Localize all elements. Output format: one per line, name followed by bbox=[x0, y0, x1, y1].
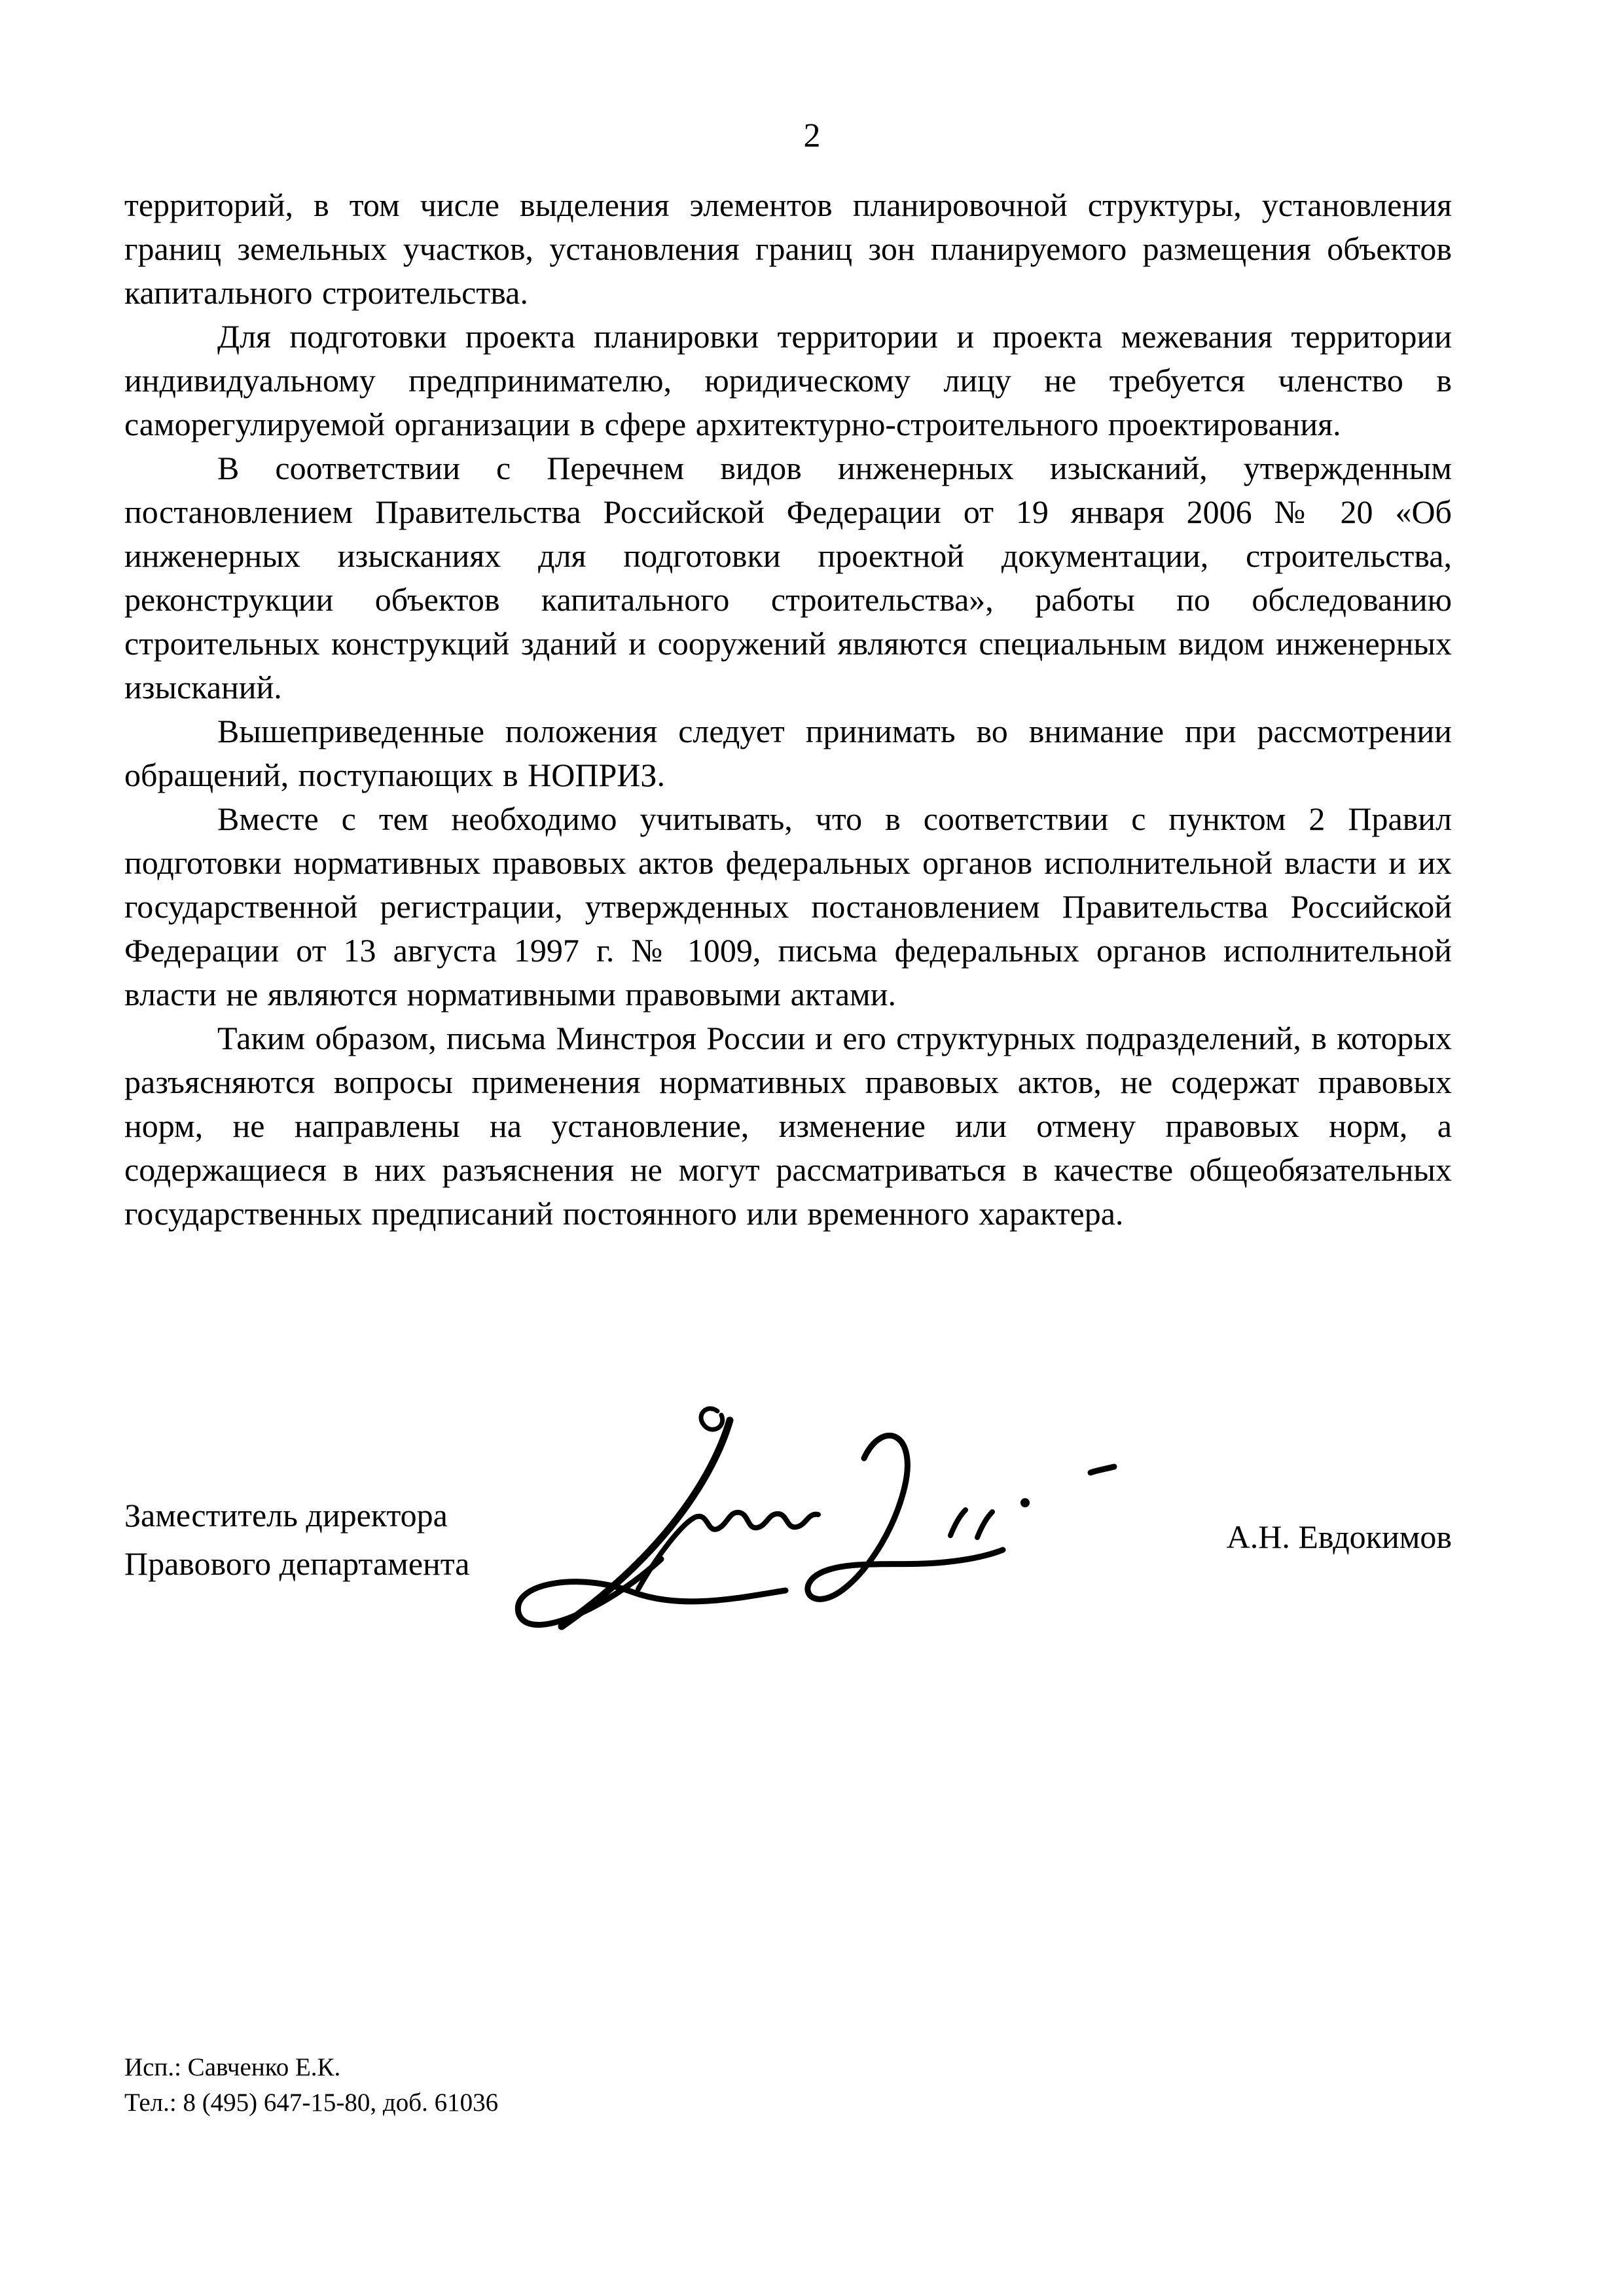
body-paragraph: Вышеприведенные положения следует приним… bbox=[124, 709, 1452, 797]
letter-body: территорий, в том числе выделения элемен… bbox=[124, 183, 1452, 1236]
signature-block: Заместитель директора Правового департам… bbox=[124, 1440, 1452, 1715]
signature-image bbox=[497, 1394, 1139, 1662]
signer-position-line1: Заместитель директора bbox=[124, 1491, 469, 1539]
body-paragraph: территорий, в том числе выделения элемен… bbox=[124, 183, 1452, 315]
body-paragraph: Таким образом, письма Минстроя России и … bbox=[124, 1016, 1452, 1236]
executor-line: Исп.: Савченко Е.К. bbox=[124, 2050, 498, 2085]
body-paragraph: Вместе с тем необходимо учитывать, что в… bbox=[124, 797, 1452, 1016]
scanned-letter-page: 2 территорий, в том числе выделения элем… bbox=[0, 0, 1624, 2296]
footer: Исп.: Савченко Е.К. Тел.: 8 (495) 647-15… bbox=[124, 2050, 498, 2121]
signer-name: А.Н. Евдокимов bbox=[1227, 1517, 1452, 1556]
page-number: 2 bbox=[0, 117, 1624, 156]
body-paragraph: Для подготовки проекта планировки террит… bbox=[124, 315, 1452, 446]
signer-position: Заместитель директора Правового департам… bbox=[124, 1491, 469, 1588]
body-paragraph: В соответствии с Перечнем видов инженерн… bbox=[124, 446, 1452, 709]
signer-position-line2: Правового департамента bbox=[124, 1539, 469, 1588]
phone-line: Тел.: 8 (495) 647-15-80, доб. 61036 bbox=[124, 2085, 498, 2121]
